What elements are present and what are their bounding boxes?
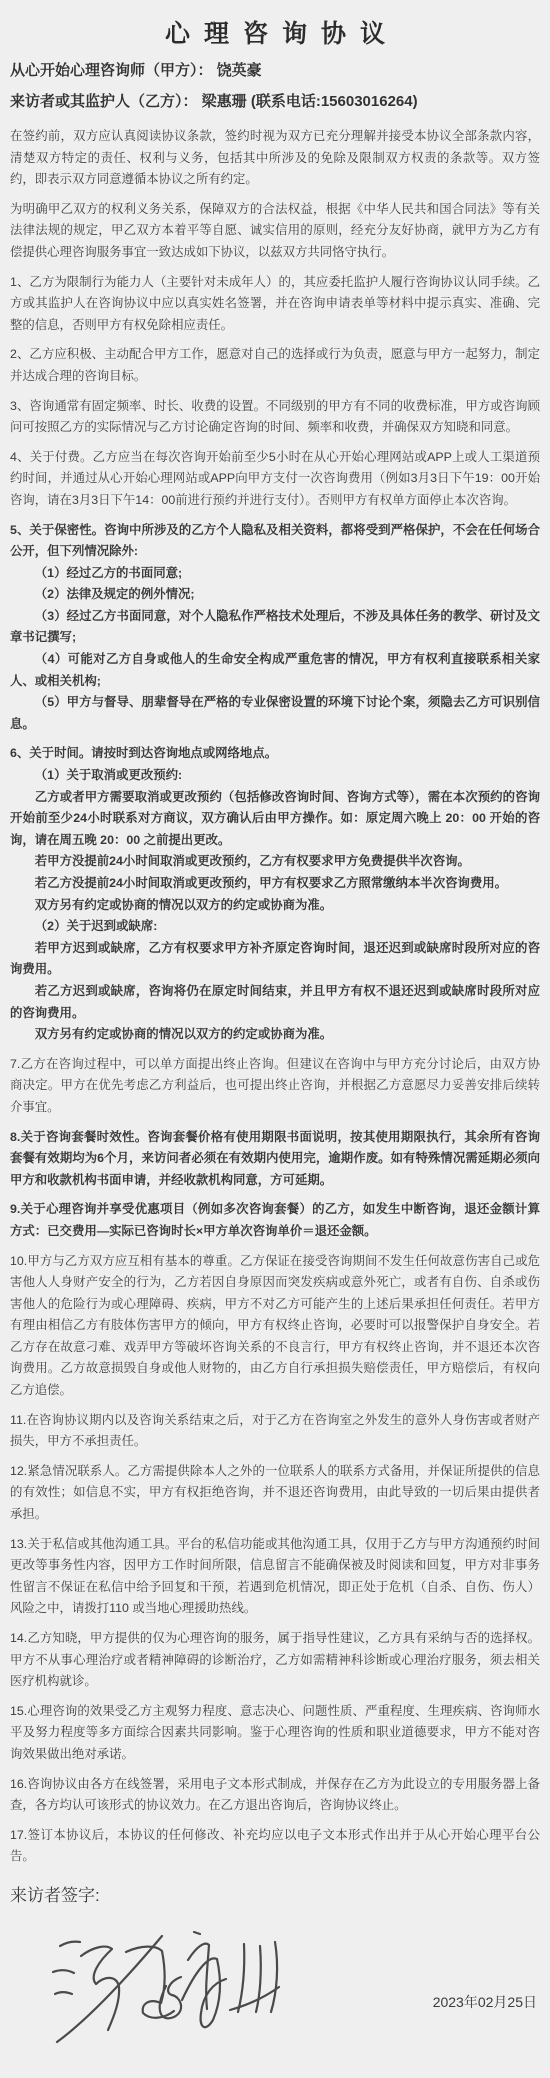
clause-paragraph: （2）关于迟到或缺席: [10,916,540,938]
clause-paragraph: 双方另有约定或协商的情况以双方的约定或协商为准。 [10,895,540,917]
clause-paragraph: 若甲方没提前24小时间取消或更改预约，乙方有权要求甲方免费提供半次咨询。 [10,851,540,873]
party-b-line: 来访者或其监护人（乙方）： 梁惠珊 (联系电话:15603016264) [10,91,540,113]
signature-date: 2023年02月25日 [433,1992,537,2012]
clause-paragraph: （3）经过乙方书面同意，对个人隐私作严格技术处理后，不涉及具体任务的教学、研讨及… [10,606,540,649]
clause-paragraph: 双方另有约定或协商的情况以双方的约定或协商为准。 [10,1024,540,1046]
clause-paragraph: 12.紧急情况联系人。乙方需提供除本人之外的一位联系人的联系方式备用，并保证所提… [10,1461,540,1526]
clause-paragraph: （1）经过乙方的书面同意; [10,563,540,585]
clause-paragraph: 2、乙方应积极、主动配合甲方工作，愿意对自己的选择或行为负责，愿意与甲方一起努力… [10,344,540,387]
clause-paragraph: 14.乙方知晓，甲方提供的仅为心理咨询的服务，属于指导性建议，乙方具有采纳与否的… [10,1628,540,1693]
clause-paragraph: （2）法律及规定的例外情况; [10,584,540,606]
clause-paragraph: 8.关于咨询套餐时效性。咨询套餐价格有使用期限书面说明，按其使用期限执行，其余所… [10,1127,540,1192]
visitor-signature-label: 来访者签字: [10,1884,540,1908]
clause-paragraph: 17.签订本协议后，本协议的任何修改、补充均应以电子文本形式作出并于从心开始心理… [10,1825,540,1868]
clause-paragraph: 4、关于付费。乙方应当在每次咨询开始前至少5小时在从心开始心理网站或APP上或人… [10,447,540,512]
clause-paragraph: 乙方或者甲方需要取消或更改预约（包括修改咨询时间、咨询方式等），需在本次预约的咨… [10,787,540,852]
clause-paragraph: （1）关于取消或更改预约: [10,765,540,787]
clause-paragraph: 13.关于私信或其他沟通工具。平台的私信功能或其他沟通工具，仅用于乙方与甲方沟通… [10,1534,540,1620]
clause-paragraph: 15.心理咨询的效果受乙方主观努力程度、意志决心、问题性质、严重程度、生理疾病、… [10,1701,540,1766]
clause-paragraph: 5、关于保密性。咨询中所涉及的乙方个人隐私及相关资料，都将受到严格保护，不会在任… [10,520,540,563]
clause-paragraph: 11.在咨询协议期内以及咨询关系结束之后，对于乙方在咨询室之外发生的意外人身伤害… [10,1410,540,1453]
clause-paragraph: 10.甲方与乙方双方应互相有基本的尊重。乙方保证在接受咨询期间不发生任何故意伤害… [10,1251,540,1402]
clause-paragraph: 若乙方没提前24小时间取消或更改预约，甲方有权要求乙方照常缴纳本半次咨询费用。 [10,873,540,895]
visitor-signature-image [48,1922,298,2072]
party-a-line: 从心开始心理咨询师（甲方）： 饶英豪 [10,60,540,82]
clause-paragraph: 16.咨询协议由各方在线签署，采用电子文本形式制成，并保存在乙方为此设立的专用服… [10,1774,540,1817]
clause-paragraph: 6、关于时间。请按时到达咨询地点或网络地点。 [10,743,540,765]
clause-paragraph: 若乙方迟到或缺席，咨询将仍在原定时间结束，并且甲方有权不退还迟到或缺席时段所对应… [10,981,540,1024]
agreement-document: 心理咨询协议 从心开始心理咨询师（甲方）： 饶英豪 来访者或其监护人（乙方）： … [0,0,550,2078]
clause-paragraph: 7.乙方在咨询过程中，可以单方面提出终止咨询。但建议在咨询中与甲方充分讨论后，由… [10,1054,540,1119]
clause-paragraph: 3、咨询通常有固定频率、时长、收费的设置。不同级别的甲方有不同的收费标准，甲方或… [10,396,540,439]
clause-paragraph: 1、乙方为限制行为能力人（主要针对未成年人）的，其应委托监护人履行咨询协议认同手… [10,272,540,337]
clause-paragraph: （4）可能对乙方自身或他人的生命安全构成严重危害的情况，甲方有权利直接联系相关家… [10,649,540,692]
clause-paragraph: 为明确甲乙双方的权利义务关系，保障双方的合法权益，根据《中华人民共和国合同法》等… [10,199,540,264]
clause-paragraph: 在签约前，双方应认真阅读协议条款，签约时视为双方已充分理解并接受本协议全部条款内… [10,126,540,191]
clause-paragraph: 若甲方迟到或缺席，乙方有权要求甲方补齐原定咨询时间，退还迟到或缺席时段所对应的咨… [10,938,540,981]
clause-paragraph: （5）甲方与督导、朋辈督导在严格的专业保密设置的环境下讨论个案，须隐去乙方可识别… [10,692,540,735]
clauses-container: 在签约前，双方应认真阅读协议条款，签约时视为双方已充分理解并接受本协议全部条款内… [10,126,540,1868]
document-title: 心理咨询协议 [10,14,540,50]
clause-paragraph: 9.关于心理咨询并享受优惠项目（例如多次咨询套餐）的乙方，如发生中断咨询，退还金… [10,1199,540,1242]
